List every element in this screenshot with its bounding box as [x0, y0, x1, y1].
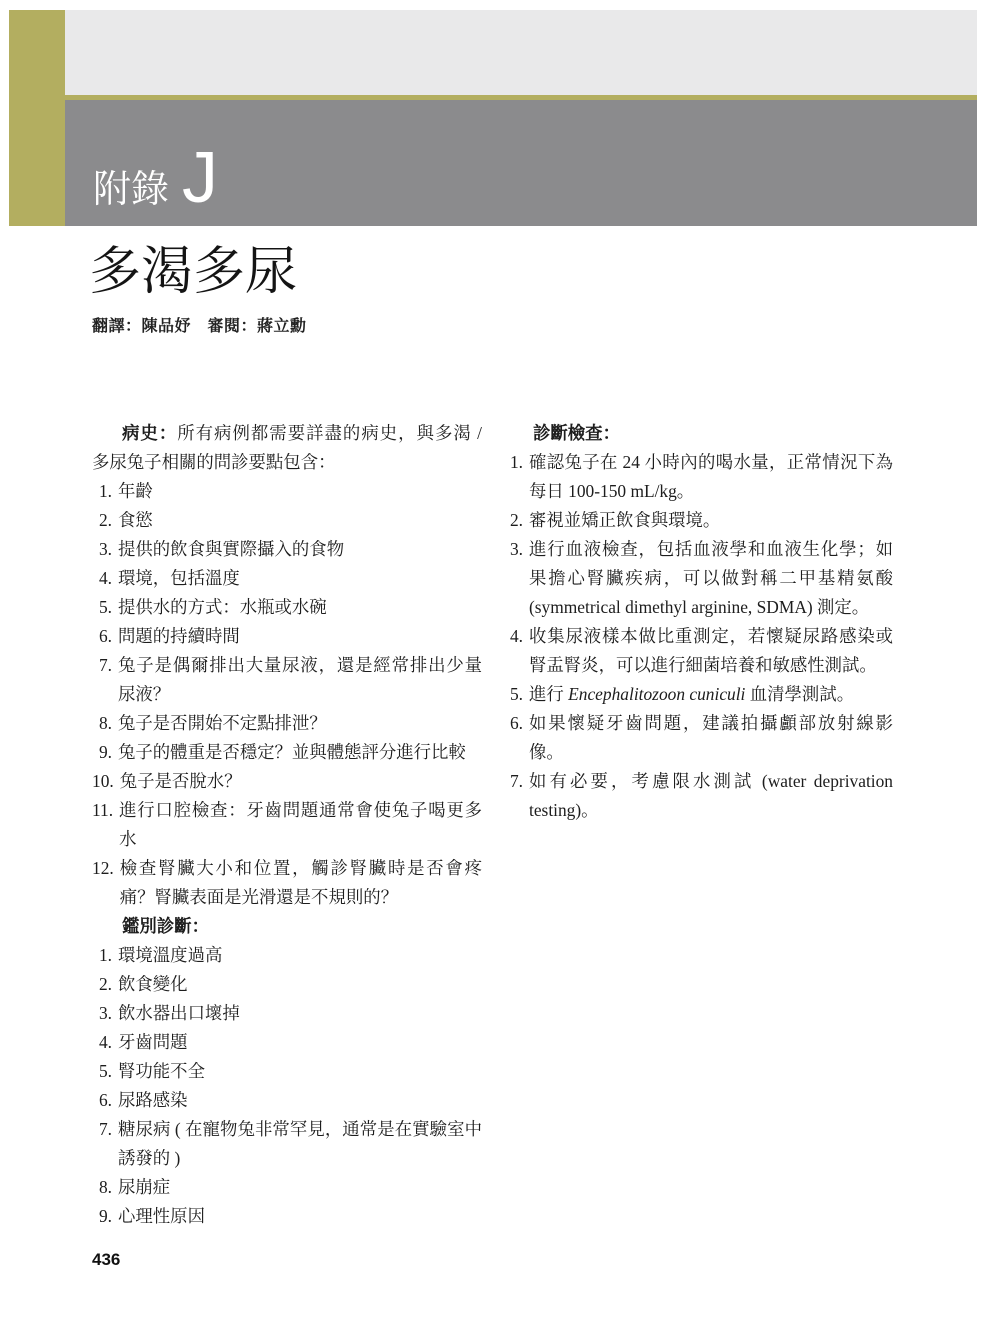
list-item: 6.問題的持續時間 — [92, 622, 482, 651]
list-item-number: 3. — [92, 999, 112, 1028]
list-item-number: 3. — [92, 535, 112, 564]
list-item-text: 牙齒問題 — [118, 1028, 482, 1057]
byline: 翻譯：陳品妤 審閱：蔣立勳 — [92, 313, 307, 336]
text-segment: 檢查腎臟大小和位置，觸診腎臟時是否會疼痛？腎臟表面是光滑還是不規則的？ — [120, 858, 482, 907]
list-item-text: 環境，包括溫度 — [118, 564, 482, 593]
list-item: 11.進行口腔檢查：牙齒問題通常會使兔子喝更多水 — [92, 796, 482, 854]
list-item-text: 兔子是否開始不定點排泄？ — [118, 709, 482, 738]
page-number: 436 — [92, 1250, 120, 1270]
text-segment: 兔子是否脫水？ — [120, 771, 242, 791]
list-item-number: 8. — [92, 1173, 112, 1202]
text-segment: 兔子是否開始不定點排泄？ — [118, 713, 327, 733]
text-segment: 進行 — [529, 684, 568, 704]
list-item-number: 1. — [92, 941, 112, 970]
text-segment: 飲食變化 — [118, 974, 188, 994]
list-item: 1.年齡 — [92, 477, 482, 506]
list-item: 1.環境溫度過高 — [92, 941, 482, 970]
list-item: 3.飲水器出口壞掉 — [92, 999, 482, 1028]
text-segment: 確認兔子在 24 小時內的喝水量，正常情況下為每日 100-150 mL/kg。 — [529, 452, 893, 501]
list-item-number: 4. — [92, 1028, 112, 1057]
text-segment: 兔子的體重是否穩定？並與體態評分進行比較 — [118, 742, 466, 762]
text-segment: 腎功能不全 — [118, 1061, 205, 1081]
list-item-text: 進行口腔檢查：牙齒問題通常會使兔子喝更多水 — [119, 796, 482, 854]
list-item-number: 7. — [92, 1115, 112, 1173]
list-item-text: 進行血液檢查，包括血液學和血液生化學；如果擔心腎臟疾病，可以做對稱二甲基精氨酸 … — [529, 535, 893, 622]
list-item-number: 7. — [92, 651, 112, 709]
list-item-number: 5. — [92, 593, 112, 622]
list-item-text: 尿路感染 — [118, 1086, 482, 1115]
history-list: 1.年齡2.食慾3.提供的飲食與實際攝入的食物4.環境，包括溫度5.提供水的方式… — [92, 477, 482, 912]
text-segment: 提供的飲食與實際攝入的食物 — [118, 539, 344, 559]
list-item-text: 審視並矯正飲食與環境。 — [529, 506, 893, 535]
diagnostics-list: 1.確認兔子在 24 小時內的喝水量，正常情況下為每日 100-150 mL/k… — [503, 448, 893, 825]
text-segment: 環境，包括溫度 — [118, 568, 240, 588]
list-item-text: 兔子的體重是否穩定？並與體態評分進行比較 — [118, 738, 482, 767]
list-item-text: 環境溫度過高 — [118, 941, 482, 970]
list-item-number: 8. — [92, 709, 112, 738]
list-item-number: 2. — [92, 970, 112, 999]
list-item-number: 1. — [92, 477, 112, 506]
list-item: 7.如有必要，考慮限水測試 (water deprivation testing… — [503, 767, 893, 825]
appendix-label: 附錄 — [93, 171, 169, 209]
list-item-number: 11. — [92, 796, 113, 854]
list-item-text: 兔子是否脫水？ — [120, 767, 482, 796]
list-item-number: 2. — [92, 506, 112, 535]
text-segment: 飲水器出口壞掉 — [118, 1003, 240, 1023]
list-item-text: 進行 Encephalitozoon cuniculi 血清學測試。 — [529, 680, 893, 709]
differential-heading: 鑑別診斷： — [92, 912, 482, 941]
list-item: 5.腎功能不全 — [92, 1057, 482, 1086]
list-item-number: 1. — [503, 448, 523, 506]
list-item-number: 4. — [92, 564, 112, 593]
list-item-text: 提供的飲食與實際攝入的食物 — [118, 535, 482, 564]
content-columns: 病史：所有病例都需要詳盡的病史，與多渴 / 多尿兔子相關的問診要點包含： 1.年… — [92, 419, 893, 1231]
list-item: 3.提供的飲食與實際攝入的食物 — [92, 535, 482, 564]
list-item-number: 6. — [92, 1086, 112, 1115]
list-item-number: 7. — [503, 767, 523, 825]
list-item: 5.提供水的方式：水瓶或水碗 — [92, 593, 482, 622]
text-segment: 如果懷疑牙齒問題，建議拍攝顱部放射線影像。 — [529, 713, 893, 762]
text-segment: 血清學測試。 — [745, 684, 854, 704]
list-item: 9.心理性原因 — [92, 1202, 482, 1231]
text-segment: 進行血液檢查，包括血液學和血液生化學；如果擔心腎臟疾病，可以做對稱二甲基精氨酸 … — [529, 539, 893, 617]
list-item: 12.檢查腎臟大小和位置，觸診腎臟時是否會疼痛？腎臟表面是光滑還是不規則的？ — [92, 854, 482, 912]
history-paragraph: 病史：所有病例都需要詳盡的病史，與多渴 / 多尿兔子相關的問診要點包含： — [92, 419, 482, 477]
list-item-number: 6. — [92, 622, 112, 651]
list-item: 7.糖尿病 ( 在寵物兔非常罕見，通常是在實驗室中誘發的 ) — [92, 1115, 482, 1173]
list-item: 3.進行血液檢查，包括血液學和血液生化學；如果擔心腎臟疾病，可以做對稱二甲基精氨… — [503, 535, 893, 622]
list-item-number: 3. — [503, 535, 523, 622]
right-column: 診斷檢查： 1.確認兔子在 24 小時內的喝水量，正常情況下為每日 100-15… — [503, 419, 893, 1231]
text-segment: 牙齒問題 — [118, 1032, 188, 1052]
list-item-text: 收集尿液樣本做比重測定，若懷疑尿路感染或腎盂腎炎，可以進行細菌培養和敏感性測試。 — [529, 622, 893, 680]
list-item: 8.兔子是否開始不定點排泄？ — [92, 709, 482, 738]
history-heading: 病史： — [122, 423, 177, 443]
list-item-text: 心理性原因 — [118, 1202, 482, 1231]
list-item-number: 5. — [503, 680, 523, 709]
list-item-text: 飲食變化 — [118, 970, 482, 999]
text-segment: 心理性原因 — [118, 1206, 205, 1226]
text-segment: 尿崩症 — [118, 1177, 170, 1197]
list-item: 1.確認兔子在 24 小時內的喝水量，正常情況下為每日 100-150 mL/k… — [503, 448, 893, 506]
list-item: 4.收集尿液樣本做比重測定，若懷疑尿路感染或腎盂腎炎，可以進行細菌培養和敏感性測… — [503, 622, 893, 680]
text-segment: 如有必要，考慮限水測試 (water deprivation testing)。 — [529, 771, 893, 820]
text-segment: 提供水的方式：水瓶或水碗 — [118, 597, 327, 617]
list-item-text: 確認兔子在 24 小時內的喝水量，正常情況下為每日 100-150 mL/kg。 — [529, 448, 893, 506]
list-item: 6.尿路感染 — [92, 1086, 482, 1115]
list-item: 2.飲食變化 — [92, 970, 482, 999]
list-item-text: 食慾 — [118, 506, 482, 535]
text-segment: 尿路感染 — [118, 1090, 188, 1110]
appendix-header-band: 附錄 J — [65, 100, 977, 226]
list-item: 2.食慾 — [92, 506, 482, 535]
header-light-band — [65, 10, 977, 95]
list-item-number: 10. — [92, 767, 114, 796]
appendix-letter: J — [182, 142, 218, 214]
list-item: 10.兔子是否脫水？ — [92, 767, 482, 796]
list-item-text: 檢查腎臟大小和位置，觸診腎臟時是否會疼痛？腎臟表面是光滑還是不規則的？ — [120, 854, 482, 912]
text-segment: 食慾 — [118, 510, 153, 530]
list-item-text: 腎功能不全 — [118, 1057, 482, 1086]
list-item-number: 6. — [503, 709, 523, 767]
list-item: 6.如果懷疑牙齒問題，建議拍攝顱部放射線影像。 — [503, 709, 893, 767]
text-segment: 收集尿液樣本做比重測定，若懷疑尿路感染或腎盂腎炎，可以進行細菌培養和敏感性測試。 — [529, 626, 893, 675]
text-segment: 糖尿病 ( 在寵物兔非常罕見，通常是在實驗室中誘發的 ) — [118, 1119, 482, 1168]
text-segment: 環境溫度過高 — [118, 945, 222, 965]
list-item-text: 提供水的方式：水瓶或水碗 — [118, 593, 482, 622]
list-item: 9.兔子的體重是否穩定？並與體態評分進行比較 — [92, 738, 482, 767]
list-item-number: 4. — [503, 622, 523, 680]
list-item-text: 如果懷疑牙齒問題，建議拍攝顱部放射線影像。 — [529, 709, 893, 767]
list-item-text: 兔子是偶爾排出大量尿液，還是經常排出少量尿液？ — [118, 651, 482, 709]
text-segment: 問題的持續時間 — [118, 626, 240, 646]
list-item-text: 如有必要，考慮限水測試 (water deprivation testing)。 — [529, 767, 893, 825]
list-item-text: 尿崩症 — [118, 1173, 482, 1202]
list-item-number: 5. — [92, 1057, 112, 1086]
list-item: 4.牙齒問題 — [92, 1028, 482, 1057]
left-column: 病史：所有病例都需要詳盡的病史，與多渴 / 多尿兔子相關的問診要點包含： 1.年… — [92, 419, 482, 1231]
list-item: 4.環境，包括溫度 — [92, 564, 482, 593]
list-item: 5.進行 Encephalitozoon cuniculi 血清學測試。 — [503, 680, 893, 709]
list-item-text: 年齡 — [118, 477, 482, 506]
text-segment: 審視並矯正飲食與環境。 — [529, 510, 720, 530]
list-item-number: 2. — [503, 506, 523, 535]
list-item-text: 問題的持續時間 — [118, 622, 482, 651]
list-item-number: 12. — [92, 854, 114, 912]
page-title: 多渴多尿 — [89, 244, 297, 301]
list-item: 7.兔子是偶爾排出大量尿液，還是經常排出少量尿液？ — [92, 651, 482, 709]
appendix-title: 附錄 J — [93, 142, 218, 214]
list-item-text: 飲水器出口壞掉 — [118, 999, 482, 1028]
appendix-tab-bar — [9, 10, 65, 226]
list-item-number: 9. — [92, 738, 112, 767]
list-item: 2.審視並矯正飲食與環境。 — [503, 506, 893, 535]
species-name-italic: Encephalitozoon cuniculi — [568, 684, 745, 704]
text-segment: 兔子是偶爾排出大量尿液，還是經常排出少量尿液？ — [118, 655, 482, 704]
diagnostics-heading: 診斷檢查： — [503, 419, 893, 448]
list-item: 8.尿崩症 — [92, 1173, 482, 1202]
text-segment: 年齡 — [118, 481, 153, 501]
list-item-number: 9. — [92, 1202, 112, 1231]
differential-list: 1.環境溫度過高2.飲食變化3.飲水器出口壞掉4.牙齒問題5.腎功能不全6.尿路… — [92, 941, 482, 1231]
list-item-text: 糖尿病 ( 在寵物兔非常罕見，通常是在實驗室中誘發的 ) — [118, 1115, 482, 1173]
text-segment: 進行口腔檢查：牙齒問題通常會使兔子喝更多水 — [119, 800, 482, 849]
